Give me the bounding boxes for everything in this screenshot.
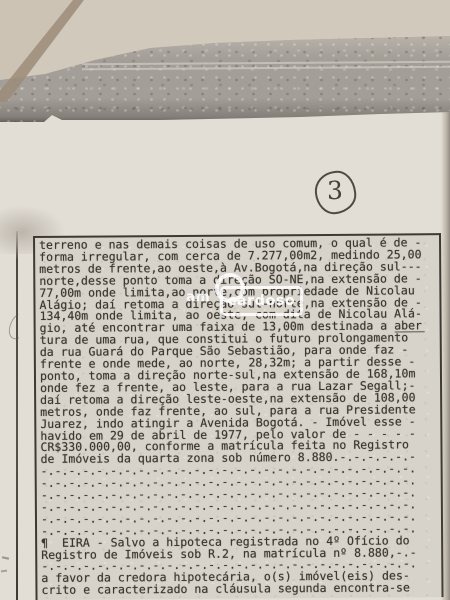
hyphenation-underline: [395, 331, 425, 333]
watermark-prefix: am: [186, 289, 210, 305]
watermark-badge: cardoso: [220, 286, 303, 316]
watermark: am cardoso: [186, 272, 306, 318]
watermark-name: cardoso: [228, 293, 295, 309]
document-photo: 3 terreno e nas demais coisas de uso com…: [0, 0, 450, 600]
scan-streak: [82, 66, 450, 70]
page-right-edge-shadow: [441, 112, 450, 600]
scan-streak: [82, 61, 450, 65]
page-fold-line: [16, 231, 19, 600]
page-number-value: 3: [326, 176, 342, 205]
